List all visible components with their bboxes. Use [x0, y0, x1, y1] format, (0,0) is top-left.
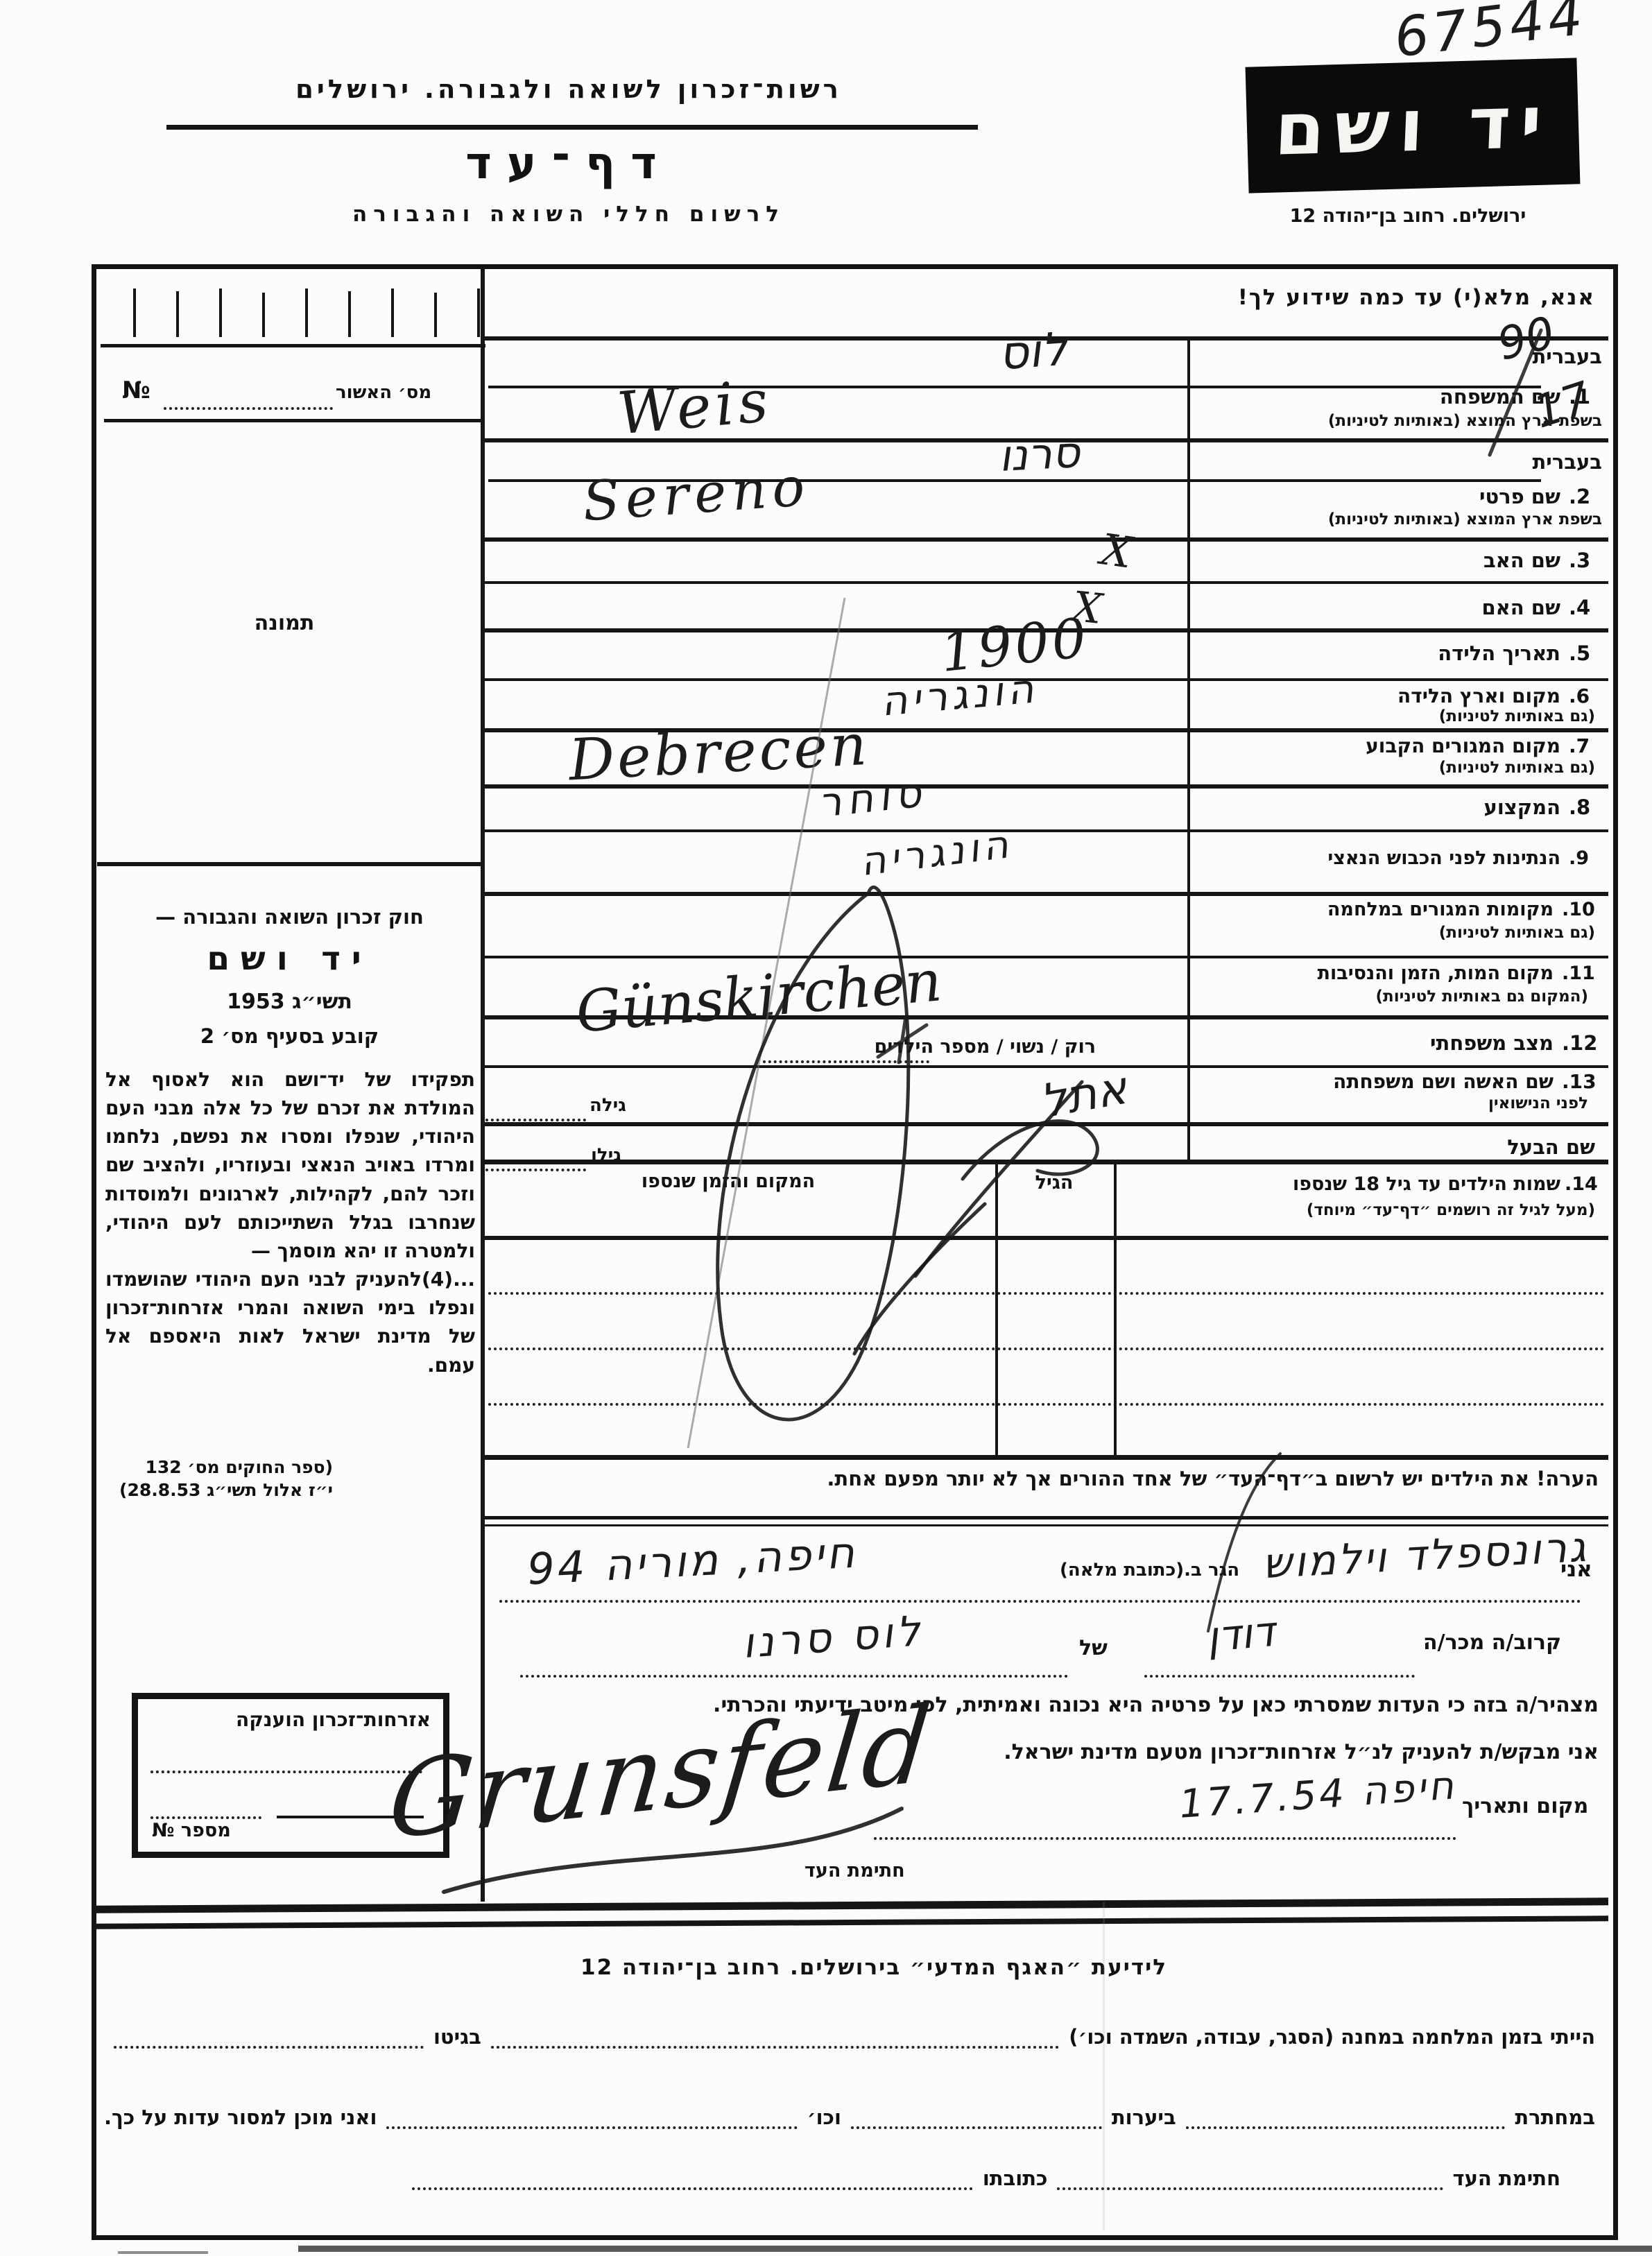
bottom-signature-blank	[1057, 2186, 1443, 2190]
field-6-label: 6.	[1569, 685, 1590, 707]
field-8-label: 8.	[1569, 796, 1590, 819]
forests-label: ביערות	[1112, 2106, 1176, 2129]
field-14-name: שמות הילדים עד גיל 18 שנספו	[1137, 1173, 1560, 1195]
rule	[481, 1236, 1608, 1240]
label-column-divider	[1187, 336, 1190, 1162]
note-divider-2	[481, 1524, 1608, 1526]
field-2-name: שם פרטי	[1408, 485, 1560, 508]
field-7-name: מקום המגורים הקבוע	[1304, 735, 1560, 757]
rule	[481, 1455, 1608, 1460]
field-11-label: 11.	[1562, 963, 1595, 984]
law-citation-line1: (ספר החוקים מס׳ 132	[104, 1456, 333, 1479]
field-14-sub: (מעל לגיל זה רושמים ״דף־עד״ מיוחד)	[1137, 1201, 1595, 1219]
rule	[481, 1065, 1608, 1068]
yad-vashem-stamp: יד ושם	[1246, 58, 1581, 193]
underground-blank	[1186, 2125, 1506, 2129]
citizenship-number-label: מספר №	[152, 1820, 231, 1841]
relative-label: קרוב/ה מכר/ה	[1423, 1631, 1561, 1655]
hw-relation: דודן	[1205, 1608, 1277, 1662]
of-label: של	[1079, 1637, 1108, 1661]
page-of-testimony-scan: 67544 רשות־זכרון לשואה ולגבורה. ירושלים …	[0, 0, 1652, 2256]
hw-family-name-hebrew: לוס	[997, 322, 1068, 381]
bottom-signature-label: חתימת העד	[1453, 2167, 1560, 2190]
witness-signature-label: חתימת העד	[805, 1860, 905, 1882]
yad-vashem-stamp-text: יד ושם	[1273, 79, 1553, 171]
bottom-underground-line: במחתרת ביערות וכו׳ ואני מוכן למסור עדות …	[104, 2106, 1595, 2129]
rule	[481, 829, 1608, 832]
hw-family-name-latin: Weis	[614, 366, 775, 447]
approval-number-symbol: №	[122, 377, 150, 404]
field-13-name: שם האשה ושם משפחתה	[1290, 1071, 1554, 1093]
approval-number-dotted-line	[164, 406, 333, 410]
law-citation-line2: י״ז אלול תשי״ג 28.8.53)	[104, 1479, 333, 1502]
ghetto-label: בגיטו	[433, 2025, 481, 2049]
tick	[262, 293, 265, 337]
tick	[219, 289, 222, 337]
field-12-name: מצב משפחתי	[1401, 1032, 1554, 1055]
field-5-name: תאריך הלידה	[1387, 642, 1560, 665]
tick	[176, 291, 179, 337]
memorial-citizenship-title: אזרחות־זכרון הוענקה	[138, 1709, 431, 1731]
note-divider-1	[481, 1516, 1608, 1519]
field-11-sub: (המקום גם באותיות לטיניות)	[1297, 988, 1588, 1006]
testify-text: ואני מוכן למסור עדות על כך.	[104, 2106, 377, 2129]
field-7-sub: (גם באותיות לטיניות)	[1318, 759, 1595, 777]
field-14-label: 14.	[1565, 1173, 1598, 1195]
husband-age-label: גילו	[591, 1146, 621, 1166]
field-5-label: 5.	[1569, 642, 1590, 665]
stamp-address: ירושלים. רחוב בן־יהודה 12	[1221, 205, 1595, 227]
authority-line: רשות־זכרון לשואה ולגבורה. ירושלים	[160, 75, 978, 105]
field-9-label: 9.	[1569, 847, 1589, 869]
law-heading: חוק זכרון השואה והגבורה —	[104, 906, 475, 929]
children-col-age: הגיל	[999, 1172, 1110, 1194]
tick	[133, 289, 136, 337]
tick	[434, 293, 437, 337]
field-3-name: שם האב	[1422, 549, 1560, 572]
field-3-label: 3.	[1569, 549, 1590, 572]
rule	[481, 1160, 1608, 1164]
forests-blank	[851, 2125, 1102, 2129]
ghetto-blank	[114, 2044, 424, 2049]
field-12-label: 12.	[1562, 1032, 1597, 1055]
field-2-lang-label: בעברית	[1200, 451, 1602, 474]
field-10-name: מקומות המגורים במלחמה	[1269, 899, 1554, 920]
field-2-label: 2.	[1569, 485, 1590, 508]
rule	[481, 892, 1608, 896]
bottom-title: לידיעת ״האגף המדעי״ בירושלים. רחוב בן־יה…	[499, 1956, 1248, 1981]
place-date-label: מקום ותאריך	[1462, 1795, 1588, 1819]
tick	[477, 289, 480, 337]
children-table-vertical-1	[995, 1160, 998, 1458]
approval-row-underline	[104, 419, 481, 422]
field-8-name: המקצוע	[1443, 796, 1560, 819]
tick	[348, 291, 351, 337]
ticks-underline	[101, 344, 485, 347]
field-10-sub: (גם באותיות לטיניות)	[1318, 924, 1595, 942]
field-4-label: 4.	[1569, 596, 1590, 619]
field-12-options-dotted	[763, 1060, 929, 1063]
camp-line-text: הייתי בזמן המלחמה במחנה (הסגר, עבודה, הש…	[1069, 2025, 1595, 2049]
field-13-label: 13.	[1562, 1071, 1597, 1093]
etc-blank	[386, 2125, 797, 2129]
citizenship-dotted-2	[150, 1816, 261, 1819]
field-9-name: הנתינות לפני הכבוש הנאצי	[1269, 847, 1560, 869]
wife-age-label: גילה	[590, 1096, 626, 1117]
children-col-place: המקום והזמן שנספו	[548, 1171, 909, 1192]
scan-smudge-bottom	[298, 2246, 1652, 2252]
tick	[391, 289, 394, 337]
field-7-label: 7.	[1569, 735, 1590, 757]
citizenship-dotted-1	[150, 1770, 422, 1773]
wife-age-dotted	[485, 1118, 586, 1121]
children-row-dotted	[488, 1347, 1605, 1350]
field-11-name: מקום המות, הזמן והנסיבות	[1248, 963, 1554, 984]
declaration-dotted-2b	[520, 1674, 1068, 1678]
declaration-dotted-1	[499, 1599, 1581, 1603]
field-2-sub: בשפת ארץ המוצא (באותיות לטיניות)	[1200, 510, 1602, 528]
bottom-camp-line: הייתי בזמן המלחמה במחנה (הסגר, עבודה, הש…	[104, 2025, 1595, 2049]
field-6-name: מקום וארץ הלידה	[1345, 685, 1560, 707]
law-name: יד ושם	[104, 940, 475, 978]
field-6-sub: (גם באותיות לטיניות)	[1318, 707, 1595, 725]
bottom-address-label: כתובתו	[983, 2167, 1048, 2190]
rule	[481, 581, 1608, 584]
header-underline	[166, 125, 978, 130]
field-10-label: 10.	[1562, 899, 1595, 920]
fill-in-instruction: אנא, מלא(י) עד כמה שידוע לך!	[971, 286, 1595, 311]
declaration-residing-label: הגר ב.(כתובת מלאה)	[1060, 1560, 1239, 1581]
approval-number-label: מס׳ האשור	[336, 383, 431, 404]
husband-name-label: שם הבעל	[1443, 1136, 1595, 1159]
rule	[481, 537, 1608, 542]
form-title: דף־עד	[388, 139, 749, 190]
children-row-dotted	[488, 1402, 1605, 1406]
law-paragraph: תפקידו של יד־ושם הוא לאסוף אל המולדת את …	[105, 1065, 475, 1379]
law-section: קובע בסעיף מס׳ 2	[104, 1025, 475, 1048]
hw-first-name-hebrew: סרנו	[997, 427, 1081, 481]
underground-label: במחתרת	[1515, 2106, 1595, 2129]
bottom-signature-line: חתימת העד כתובתו	[402, 2167, 1560, 2190]
tally-ticks	[133, 289, 480, 340]
law-year: תשי״ג 1953	[104, 990, 475, 1015]
children-table-vertical-2	[1114, 1160, 1117, 1458]
scan-fold-line	[1103, 1902, 1105, 2230]
children-row-dotted	[488, 1291, 1605, 1295]
etc-label: וכו׳	[807, 2106, 841, 2129]
tick	[305, 289, 308, 337]
field-4-name: שם האם	[1422, 596, 1560, 619]
scan-smudge-bottom-left	[118, 2251, 208, 2254]
declaration-dotted-2a	[1144, 1674, 1415, 1678]
field-12-options: רוק / נשוי / מספר הילדים	[763, 1036, 1096, 1058]
law-block-topline	[97, 862, 481, 866]
rule	[481, 678, 1608, 681]
place-date-dotted	[874, 1836, 1456, 1840]
field-13-sub: לפני הנישואין	[1422, 1094, 1588, 1112]
rule	[481, 956, 1608, 958]
left-column-divider	[481, 269, 485, 1902]
note-line: הערה! את הילדים יש לרשום ב״דף־העד״ של אח…	[513, 1467, 1599, 1490]
form-subtitle: לרשום חללי השואה והגבורה	[229, 203, 909, 227]
bottom-address-blank	[412, 2186, 973, 2190]
camp-blank	[491, 2044, 1059, 2049]
law-citation: (ספר החוקים מס׳ 132 י״ז אלול תשי״ג 28.8.…	[104, 1456, 333, 1501]
photo-placeholder-label: תמונה	[229, 612, 340, 636]
